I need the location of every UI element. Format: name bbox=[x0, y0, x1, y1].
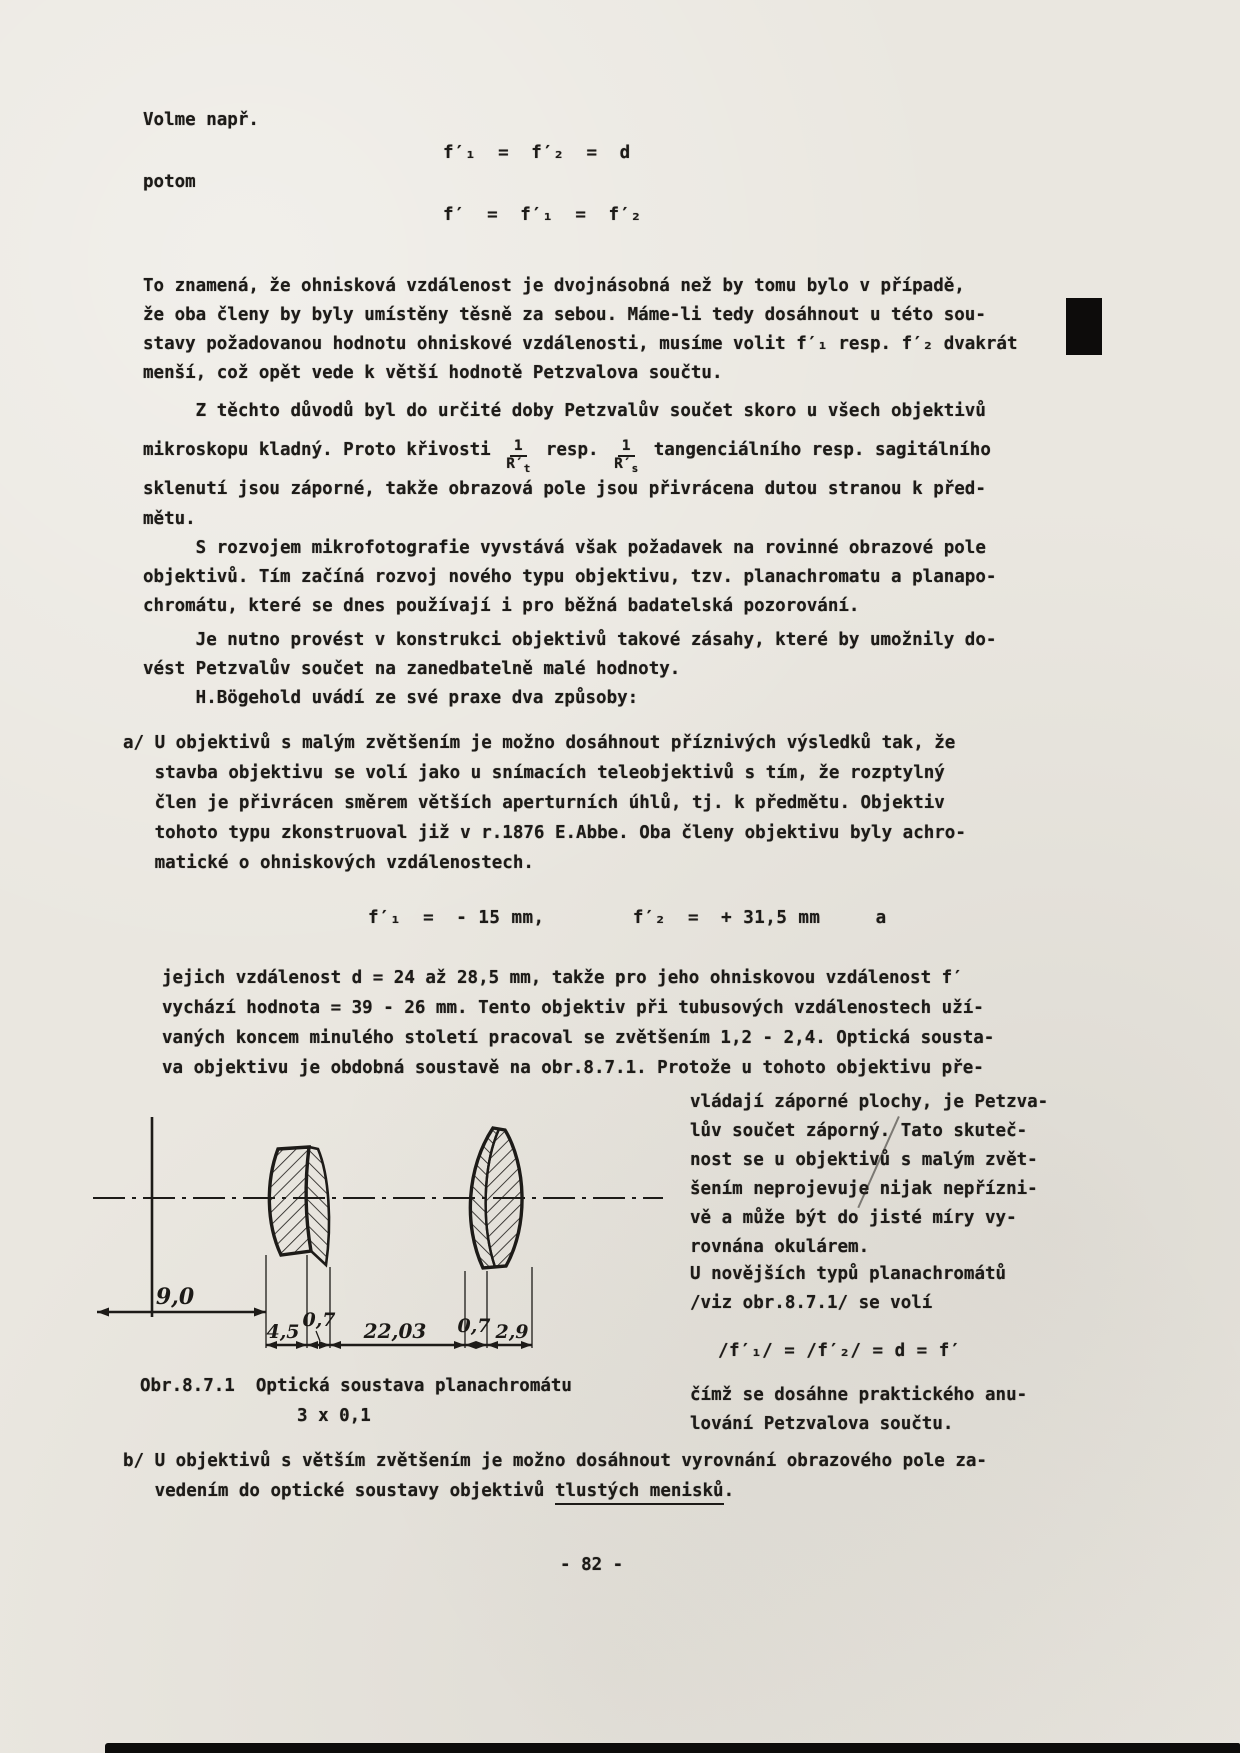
text-line: sklenutí jsou záporné, takže obrazová po… bbox=[143, 474, 991, 504]
text-line: čímž se dosáhne praktického anu- bbox=[690, 1381, 1027, 1410]
lens-group-1 bbox=[269, 1147, 329, 1265]
text-line: člen je přivrácen směrem větších apertur… bbox=[123, 788, 966, 818]
text-segment: mikroskopu kladný. Proto křivosti bbox=[143, 440, 501, 460]
formula-abs-f1-f2: /f′₁/ = /f′₂/ = d = f′ bbox=[718, 1341, 961, 1361]
text-line-with-fractions: mikroskopu kladný. Proto křivosti 1 R′t … bbox=[143, 426, 991, 474]
intro-potom: potom bbox=[143, 172, 196, 192]
paragraph-distance: jejich vzdálenost d = 24 až 28,5 mm, tak… bbox=[162, 963, 994, 1083]
text-line: va objektivu je obdobná soustavě na obr.… bbox=[162, 1053, 994, 1083]
formula-f-f1-f2: f′ = f′₁ = f′₂ bbox=[443, 205, 642, 225]
paragraph-microphotography: S rozvojem mikrofotografie vyvstává však… bbox=[143, 534, 996, 621]
underlined-term: tlustých menisků bbox=[555, 1481, 724, 1505]
text-line: Z těchto důvodů byl do určité doby Petzv… bbox=[143, 396, 991, 426]
text-line: vě a může být do jisté míry vy- bbox=[690, 1204, 1048, 1233]
text-line: že oba členy by byly umístěny těsně za s… bbox=[143, 301, 1017, 330]
list-item-b: b/ U objektivů s větším zvětšením je mož… bbox=[123, 1446, 987, 1506]
paragraph-petzval-curvature: Z těchto důvodů byl do určité doby Petzv… bbox=[143, 396, 991, 534]
text-line: jejich vzdálenost d = 24 až 28,5 mm, tak… bbox=[162, 963, 994, 993]
text-line: tohoto typu zkonstruoval již v r.1876 E.… bbox=[123, 818, 966, 848]
figure-optical-diagram: 9,0 4,5 0,7 22,03 0,7 2,9 bbox=[85, 1105, 685, 1370]
fraction-1-over-Rs: 1 R′s bbox=[614, 439, 638, 476]
dimension-label: 4,5 bbox=[266, 1321, 299, 1343]
dimension-chain: 4,5 0,7 22,03 0,7 2,9 bbox=[266, 1309, 532, 1349]
text-line: vládají záporné plochy, je Petzva- bbox=[690, 1088, 1048, 1117]
formula-f1-f2-d: f′₁ = f′₂ = d bbox=[443, 143, 631, 163]
paragraph-construction: Je nutno provést v konstrukci objektivů … bbox=[143, 626, 996, 684]
right-column-paragraph-newer-types: U novějších typů planachromátů/viz obr.8… bbox=[690, 1260, 1006, 1318]
text-line: vaných koncem minulého století pracoval … bbox=[162, 1023, 994, 1053]
intro-lead: Volme např. bbox=[143, 110, 259, 130]
dimension-label: 0,7 bbox=[457, 1315, 490, 1337]
paragraph-focal-length: To znamená, že ohnisková vzdálenost je d… bbox=[143, 272, 1017, 388]
right-column-paragraph-negative-surfaces: vládají záporné plochy, je Petzva-lův so… bbox=[690, 1088, 1048, 1262]
scanned-document-page: Volme např. f′₁ = f′₂ = d potom f′ = f′₁… bbox=[0, 0, 1240, 1753]
figure-caption-magnification: 3 x 0,1 bbox=[297, 1406, 371, 1426]
text-line: /viz obr.8.7.1/ se volí bbox=[690, 1289, 1006, 1318]
ink-smudge bbox=[1066, 298, 1102, 355]
text-line: menší, což opět vede k větší hodnotě Pet… bbox=[143, 359, 1017, 388]
text-line: objektivů. Tím začíná rozvoj nového typu… bbox=[143, 563, 996, 592]
scan-edge-bar bbox=[105, 1743, 1240, 1753]
text-line: S rozvojem mikrofotografie vyvstává však… bbox=[143, 534, 996, 563]
text-line: To znamená, že ohnisková vzdálenost je d… bbox=[143, 272, 1017, 301]
dimension-label: 9,0 bbox=[156, 1284, 195, 1310]
dimension-label: 2,9 bbox=[494, 1321, 528, 1343]
text-line: nost se u objektivů s malým zvět- bbox=[690, 1146, 1048, 1175]
text-line: matické o ohniskových vzdálenostech. bbox=[123, 848, 966, 878]
text-line: vedením do optické soustavy objektivů tl… bbox=[123, 1476, 987, 1506]
text-line: U novějších typů planachromátů bbox=[690, 1260, 1006, 1289]
right-column-paragraph-annulment: čímž se dosáhne praktického anu-lování P… bbox=[690, 1381, 1027, 1439]
text-line: vést Petzvalův součet na zanedbatelně ma… bbox=[143, 655, 996, 684]
text-line: rovnána okulárem. bbox=[690, 1233, 1048, 1262]
page-number: - 82 - bbox=[560, 1555, 623, 1575]
dimension-label: 22,03 bbox=[363, 1319, 427, 1343]
paragraph-boegehold: H.Bögehold uvádí ze své praxe dva způsob… bbox=[143, 688, 638, 708]
dimension-label: 0,7 bbox=[302, 1309, 335, 1331]
text-line: lův součet záporný. Tato skuteč- bbox=[690, 1117, 1048, 1146]
text-line: Je nutno provést v konstrukci objektivů … bbox=[143, 626, 996, 655]
text-line: b/ U objektivů s větším zvětšením je mož… bbox=[123, 1446, 987, 1476]
text-line: chromátu, které se dnes používají i pro … bbox=[143, 592, 996, 621]
text-line: a/ U objektivů s malým zvětšením je možn… bbox=[123, 728, 966, 758]
text-line: vychází hodnota = 39 - 26 mm. Tento obje… bbox=[162, 993, 994, 1023]
formula-focal-values: f′₁ = - 15 mm, f′₂ = + 31,5 mm a bbox=[368, 908, 887, 928]
text-line: mětu. bbox=[143, 504, 991, 534]
list-item-a: a/ U objektivů s malým zvětšením je možn… bbox=[123, 728, 966, 878]
fraction-1-over-Rt: 1 R′t bbox=[506, 439, 530, 476]
text-segment: tangenciálního resp. sagitálního bbox=[643, 440, 991, 460]
dimension-9-0: 9,0 bbox=[97, 1284, 266, 1317]
text-line: stavy požadovanou hodnotu ohniskové vzdá… bbox=[143, 330, 1017, 359]
lens-group-2 bbox=[470, 1128, 522, 1268]
text-segment: resp. bbox=[535, 440, 609, 460]
text-line: lování Petzvalova součtu. bbox=[690, 1410, 1027, 1439]
text-line: stavba objektivu se volí jako u snímacíc… bbox=[123, 758, 966, 788]
figure-caption: Obr.8.7.1 Optická soustava planachromátu bbox=[140, 1376, 572, 1396]
